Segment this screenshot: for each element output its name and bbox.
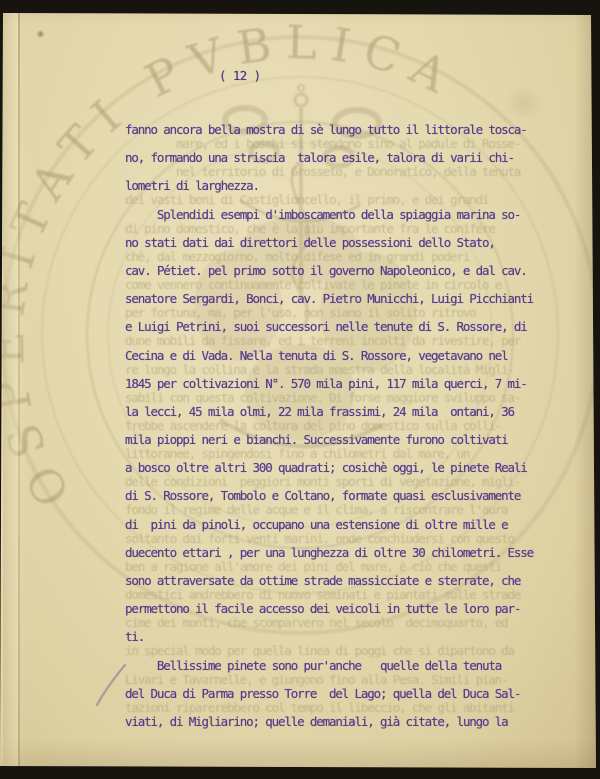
pen-mark [0,0,600,779]
paper-page: OSPERITATI PVBLICA mare, ed i boschi si … [0,0,600,779]
scanned-document-photo: { "document": { "page_number_label": "( … [0,0,600,779]
